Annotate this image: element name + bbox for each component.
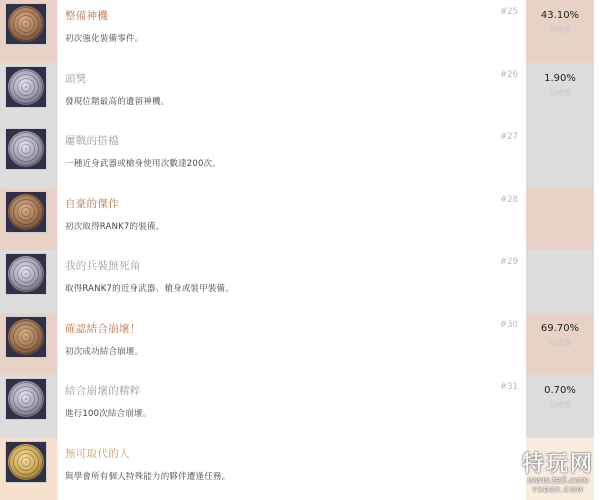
medal-column bbox=[0, 375, 57, 438]
achievement-number: #31 bbox=[500, 382, 518, 392]
achievement-description: 初次成功結合崩壞。 bbox=[65, 345, 143, 357]
achievement-number: #25 bbox=[500, 7, 518, 17]
completion-rate bbox=[526, 188, 594, 251]
achievement-title: 整備神機 bbox=[65, 8, 108, 23]
bronze-medal-icon bbox=[8, 6, 44, 42]
medal-frame bbox=[5, 253, 47, 295]
achievement-row[interactable]: 確認結合崩壞！ 初次成功結合崩壞。 #30 69.70% 完成度 bbox=[0, 313, 600, 376]
medal-frame bbox=[5, 191, 47, 233]
silver-medal-icon bbox=[8, 381, 44, 417]
achievement-description: 與學會所有個人特殊能力的夥伴遭逢任務。 bbox=[65, 470, 230, 482]
achievement-title: 屢戰的搭檔 bbox=[65, 133, 119, 148]
silver-medal-icon bbox=[8, 256, 44, 292]
completion-label: 完成度 bbox=[526, 399, 594, 410]
medal-column bbox=[0, 438, 57, 500]
silver-medal-icon bbox=[8, 131, 44, 167]
achievement-row[interactable]: 頭獎 發現位階最高的遺留神機。 #26 1.90% 完成度 bbox=[0, 63, 600, 126]
achievement-description: 發現位階最高的遺留神機。 bbox=[65, 95, 169, 107]
completion-percent: 0.70% bbox=[526, 385, 594, 396]
medal-frame bbox=[5, 378, 47, 420]
completion-rate: 1.90% 完成度 bbox=[526, 63, 594, 126]
medal-column bbox=[0, 125, 57, 188]
achievement-row[interactable]: 自豪的傑作 初次取得RANK7的裝備。 #28 bbox=[0, 188, 600, 251]
completion-rate: 43.10% 完成度 bbox=[526, 0, 594, 63]
completion-percent: 69.70% bbox=[526, 323, 594, 334]
medal-column bbox=[0, 63, 57, 126]
medal-frame bbox=[5, 66, 47, 108]
medal-frame bbox=[5, 3, 47, 45]
bronze-medal-icon bbox=[8, 319, 44, 355]
achievement-row[interactable]: 結合崩壞的精粹 進行100次結合崩壞。 #31 0.70% 完成度 bbox=[0, 375, 600, 438]
completion-percent: 1.90% bbox=[526, 73, 594, 84]
achievement-title: 確認結合崩壞！ bbox=[65, 321, 141, 336]
gold-medal-icon bbox=[8, 444, 44, 480]
completion-rate bbox=[526, 250, 594, 313]
achievement-row[interactable]: 屢戰的搭檔 一種近身武器或槍身使用次數達200次。 #27 bbox=[0, 125, 600, 188]
medal-column bbox=[0, 0, 57, 63]
achievement-description: 初次強化裝備零件。 bbox=[65, 32, 143, 44]
achievement-title: 無可取代的人 bbox=[65, 446, 130, 461]
medal-frame bbox=[5, 316, 47, 358]
achievement-row[interactable]: 整備神機 初次強化裝備零件。 #25 43.10% 完成度 bbox=[0, 0, 600, 63]
completion-rate: 0.70% 完成度 bbox=[526, 375, 594, 438]
achievement-description: 取得RANK7的近身武器、槍身或裝甲裝備。 bbox=[65, 282, 234, 294]
medal-column bbox=[0, 250, 57, 313]
achievement-list: 整備神機 初次強化裝備零件。 #25 43.10% 完成度 頭獎 發現位階最高的… bbox=[0, 0, 600, 500]
achievement-title: 頭獎 bbox=[65, 71, 87, 86]
achievement-title: 結合崩壞的精粹 bbox=[65, 383, 141, 398]
achievement-number: #27 bbox=[500, 132, 518, 142]
medal-frame bbox=[5, 128, 47, 170]
achievement-title: 我的兵裝無死角 bbox=[65, 258, 141, 273]
completion-label: 完成度 bbox=[526, 87, 594, 98]
completion-label: 完成度 bbox=[526, 337, 594, 348]
completion-rate bbox=[526, 125, 594, 188]
achievement-description: 初次取得RANK7的裝備。 bbox=[65, 220, 164, 232]
achievement-description: 一種近身武器或槍身使用次數達200次。 bbox=[65, 157, 221, 169]
watermark-logo-text: 特玩网 bbox=[522, 447, 594, 478]
watermark-url: www.te5.com bbox=[522, 476, 594, 486]
medal-column bbox=[0, 188, 57, 251]
completion-rate: 69.70% 完成度 bbox=[526, 313, 594, 376]
medal-column bbox=[0, 313, 57, 376]
achievement-number: #28 bbox=[500, 195, 518, 205]
achievement-row[interactable]: 我的兵裝無死角 取得RANK7的近身武器、槍身或裝甲裝備。 #29 bbox=[0, 250, 600, 313]
bronze-medal-icon bbox=[8, 194, 44, 230]
achievement-number: #29 bbox=[500, 257, 518, 267]
completion-label: 完成度 bbox=[526, 24, 594, 35]
completion-percent: 43.10% bbox=[526, 10, 594, 21]
achievement-number: #30 bbox=[500, 320, 518, 330]
watermark-subtext: YXBOX.COM bbox=[522, 486, 594, 494]
achievement-row[interactable]: 無可取代的人 與學會所有個人特殊能力的夥伴遭逢任務。 bbox=[0, 438, 600, 500]
medal-frame bbox=[5, 441, 47, 483]
achievement-number: #26 bbox=[500, 70, 518, 80]
site-watermark: 特玩网 www.te5.com YXBOX.COM bbox=[522, 447, 594, 494]
achievement-description: 進行100次結合崩壞。 bbox=[65, 407, 151, 419]
silver-medal-icon bbox=[8, 69, 44, 105]
achievement-title: 自豪的傑作 bbox=[65, 196, 119, 211]
